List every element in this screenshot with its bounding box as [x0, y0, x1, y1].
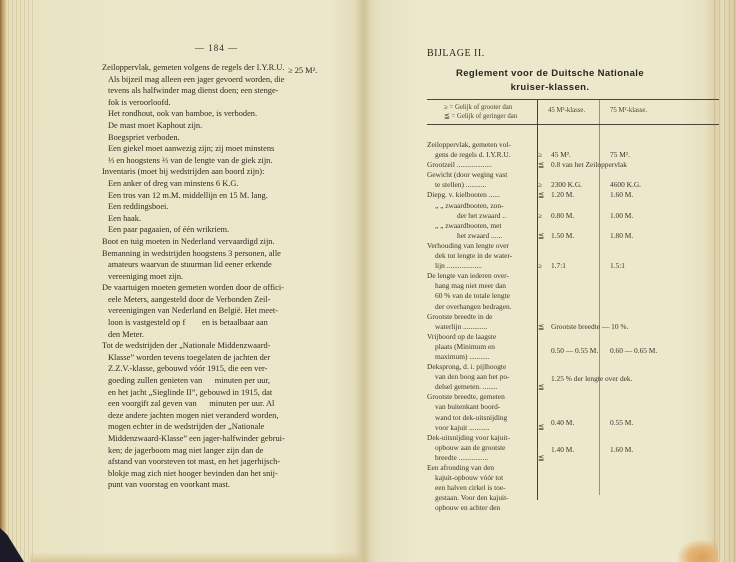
text-line: Een giekel moet aanwezig zijn; zij moet … [102, 143, 352, 155]
table-row: „ „ zwaardbooten, methet zwaard ...... ≦… [427, 221, 727, 241]
appendix-label: BIJLAGE II. [427, 48, 485, 59]
row-label: hang mag niet meer dan [427, 281, 534, 291]
text-line: Een paar pagaaien, of één wrikriem. [102, 224, 352, 236]
symbol-cell: ≦ [538, 453, 544, 463]
value-75: 1.60 M. [610, 190, 633, 200]
value-75: 0.55 M. [610, 418, 633, 428]
table-row: Diepg. v. kielbooten ...... ≦ 1.20 M. 1.… [427, 190, 727, 200]
text-line: Boot en tuig moeten in Nederland vervaar… [102, 236, 352, 248]
text-line: De vaartuigen moeten gemeten worden door… [102, 282, 352, 294]
symbol-cell: ≥ [538, 261, 542, 271]
table-row: Een afronding van denkajuit-opbouw vóór … [427, 463, 727, 513]
value-75: 75 M². [610, 150, 630, 160]
row-label: plaats (Minimum en [427, 342, 534, 352]
regulation-title-line1: Reglement voor de Duitsche Nationale [440, 67, 660, 81]
text-line: punt van voorstag en voorkant mast. [102, 479, 352, 491]
table-row: Verhouding van lengte overdek tot lengte… [427, 241, 727, 271]
value-75: 1.60 M. [610, 445, 633, 455]
text-line: Middenzwaard-Klasse” een jager-halfwinde… [102, 433, 352, 445]
row-label: opbouw en achter den [427, 503, 534, 513]
text-line: Inventaris (moet bij wedstrijden aan boo… [102, 166, 352, 178]
text-line: blokje mag zich niet hooger bevinden dan… [102, 468, 352, 480]
value-45: 1.25 % der lengte over dek. [551, 374, 632, 384]
text-line: tevens als halfwinder mag dienst doen; e… [102, 85, 352, 97]
row-label: breedte ................ [427, 453, 534, 463]
table-divider-label [537, 100, 538, 124]
text-line: Een reddingsboei. [102, 201, 352, 213]
text-line: goeding zullen genieten van minuten per … [102, 375, 352, 387]
row-label: maximum) ........... [427, 352, 534, 362]
text-line: Bemanning in wedstrijden hoogstens 3 per… [102, 248, 352, 260]
row-label: Diepg. v. kielbooten ...... [427, 190, 534, 200]
text-line: mogen echter in de wedstrijden der „Nati… [102, 421, 352, 433]
paper-stain [678, 540, 718, 562]
text-line: vereenigingen van Nederland en België. H… [102, 305, 352, 317]
value-45: 1.20 M. [551, 190, 574, 200]
table-top-rule [427, 99, 719, 100]
text-line: Als bijzeil mag alleen een jager gevoerd… [102, 74, 352, 86]
table-row: De lengte van iederen over-hang mag niet… [427, 271, 727, 311]
row-label: der het zwaard .. [427, 211, 534, 221]
value-45: 1.7:1 [551, 261, 566, 271]
value-75: 1.00 M. [610, 211, 633, 221]
row-label: dek tot lengte in de water- [427, 251, 534, 261]
value-75: 1.80 M. [610, 231, 633, 241]
row-label: wand tot dek-uitsnijding [427, 413, 534, 423]
regulation-title: Reglement voor de Duitsche Nationale kru… [440, 67, 660, 95]
symbol-cell: ≦ [538, 160, 544, 170]
left-page-body: Zeiloppervlak, gemeten volgens de regels… [102, 62, 352, 491]
value-45: Grootste breedte — 10 %. [551, 322, 628, 332]
table-row: Gewicht (door weging vastte stellen) ...… [427, 170, 727, 190]
symbol-legend: ≥ = Gelijk of grooter dan ≦ = Gelijk of … [444, 103, 517, 121]
text-line: en het jacht „Sieglinde II”, gebouwd in … [102, 387, 352, 399]
row-label: een halven cirkel is toe- [427, 483, 534, 493]
row-label: waterlijn ............. [427, 322, 534, 332]
column-header-75: 75 M²-klasse. [610, 107, 647, 114]
legend-less-equal: ≦ = Gelijk of geringer dan [444, 112, 517, 121]
row-label: Zeiloppervlak, gemeten vol- [427, 140, 534, 150]
row-label: De lengte van iederen over- [427, 271, 534, 281]
row-label: Vrijboord op de laagste [427, 332, 534, 342]
text-line: De mast moet Kaphout zijn. [102, 120, 352, 132]
table-row: Grootste breedte, gemetenvan buitenkant … [427, 392, 727, 432]
text-line: loon is vastgesteld op f en is betaalbaa… [102, 317, 352, 329]
row-label: „ „ zwaardbooten, met [427, 221, 534, 231]
text-line: Een anker of dreg van minstens 6 K.G. [102, 178, 352, 190]
text-line: fok is veroorloofd. [102, 97, 352, 109]
row-label: van den boog aan het po- [427, 372, 534, 382]
column-header-45: 45 M²-klasse. [548, 107, 585, 114]
row-label: 60 % van de totale lengte [427, 291, 534, 301]
row-label: te stellen) ........... [427, 180, 534, 190]
text-line: Zeiloppervlak, gemeten volgens de regels… [102, 62, 352, 74]
row-label: kajuit-opbouw vóór tot [427, 473, 534, 483]
legend-greater-equal: ≥ = Gelijk of grooter dan [444, 103, 517, 112]
symbol-cell: ≥ [538, 211, 542, 221]
value-45: 0.40 M. [551, 418, 574, 428]
value-45: 1.40 M. [551, 445, 574, 455]
row-label: gens de regels d. I.Y.R.U. [427, 150, 534, 160]
row-label: der overhangen bedragen. [427, 302, 534, 312]
row-label: Dek-uitsnijding voor kajuit- [427, 433, 534, 443]
table-row: Dek-uitsnijding voor kajuit-opbouw aan d… [427, 433, 727, 463]
left-page-edges [0, 0, 34, 562]
value-75: 4600 K.G. [610, 180, 641, 190]
row-label: lijn ................... [427, 261, 534, 271]
text-line: afstand van voorsteven tot mast, en het … [102, 456, 352, 468]
text-line: eele Meters, aangesteld door de Verbonde… [102, 294, 352, 306]
value-45: 0.50 — 0.55 M. [551, 346, 598, 356]
symbol-cell: ≦ [538, 190, 544, 200]
text-line: vereeniging moet zijn. [102, 271, 352, 283]
row-label: Grootste breedte in de [427, 312, 534, 322]
book-spread-scan: — 184 — ≥ 25 M². Zeiloppervlak, gemeten … [0, 0, 736, 562]
row-label: delsel gemeten. ........ [427, 382, 534, 392]
text-line: Klasse” worden tevens toegelaten de jach… [102, 352, 352, 364]
text-line: deze andere jachten mogen niet veranderd… [102, 410, 352, 422]
text-line: Boegspriet verboden. [102, 132, 352, 144]
row-label: het zwaard ...... [427, 231, 534, 241]
symbol-cell: ≦ [538, 322, 544, 332]
symbol-cell: ≦ [538, 382, 544, 392]
row-label: voor kajuit ........... [427, 423, 534, 433]
value-45: 2300 K.G. [551, 180, 582, 190]
text-line: ⅓ en hoogstens ⅔ van de lengte van de gi… [102, 155, 352, 167]
value-75: 0.60 — 0.65 M. [610, 346, 657, 356]
book-gutter [356, 0, 370, 562]
symbol-cell: ≥ [538, 150, 542, 160]
row-label: Grootzeil ................... [427, 160, 534, 170]
table-divider-columns [599, 100, 600, 124]
regulation-title-line2: kruiser-klassen. [440, 81, 660, 95]
value-75: 1.5:1 [610, 261, 625, 271]
text-line: amateurs waarvan de stuurman lid eener e… [102, 259, 352, 271]
value-45: 45 M². [551, 150, 571, 160]
row-label: Gewicht (door weging vast [427, 170, 534, 180]
text-line: Een tros van 12 m.M. middellijn en 15 M.… [102, 190, 352, 202]
row-label: Deksprong, d. i. pijlhoogte [427, 362, 534, 372]
symbol-cell: ≦ [538, 422, 544, 432]
page-number: — 184 — [195, 43, 238, 53]
symbol-cell: ≦ [538, 231, 544, 241]
text-line: Het rondhout, ook van bamboe, is verbode… [102, 108, 352, 120]
row-label: Grootste breedte, gemeten [427, 392, 534, 402]
table-header-rule [427, 124, 719, 125]
row-label: „ „ zwaardbooten, zon- [427, 201, 534, 211]
row-label: Een afronding van den [427, 463, 534, 473]
text-line: Tot de wedstrijden der „Nationale Midden… [102, 340, 352, 352]
table-row: Grootste breedte in dewaterlijn ........… [427, 312, 727, 332]
value-45: 0.80 M. [551, 211, 574, 221]
row-label: gestaan. Voor den kajuit- [427, 493, 534, 503]
text-line: Een haak. [102, 213, 352, 225]
text-line: een voorgift zal geven van minuten per u… [102, 398, 352, 410]
table-row: „ „ zwaardbooten, zon-der het zwaard .. … [427, 201, 727, 221]
table-row: Zeiloppervlak, gemeten vol-gens de regel… [427, 140, 727, 160]
value-45: 1.50 M. [551, 231, 574, 241]
text-line: den Meter. [102, 329, 352, 341]
symbol-cell: ≥ [538, 180, 542, 190]
row-label: opbouw aan de grootste [427, 443, 534, 453]
table-row: Deksprong, d. i. pijlhoogtevan den boog … [427, 362, 727, 392]
table-row: Vrijboord op de laagsteplaats (Minimum e… [427, 332, 727, 362]
page-bottom-shadow [30, 552, 360, 562]
regulation-table: Zeiloppervlak, gemeten vol-gens de regel… [427, 140, 727, 513]
text-line: Z.Z.V.-klasse, gebouwd vóór 1915, die ee… [102, 363, 352, 375]
row-label: Verhouding van lengte over [427, 241, 534, 251]
value-45: 0.8 van het Zeiloppervlak [551, 160, 627, 170]
row-label: van buitenkant boord- [427, 402, 534, 412]
table-row: Grootzeil ................... ≦ 0.8 van … [427, 160, 727, 170]
text-line: ken; de jagerboom mag niet langer zijn d… [102, 445, 352, 457]
